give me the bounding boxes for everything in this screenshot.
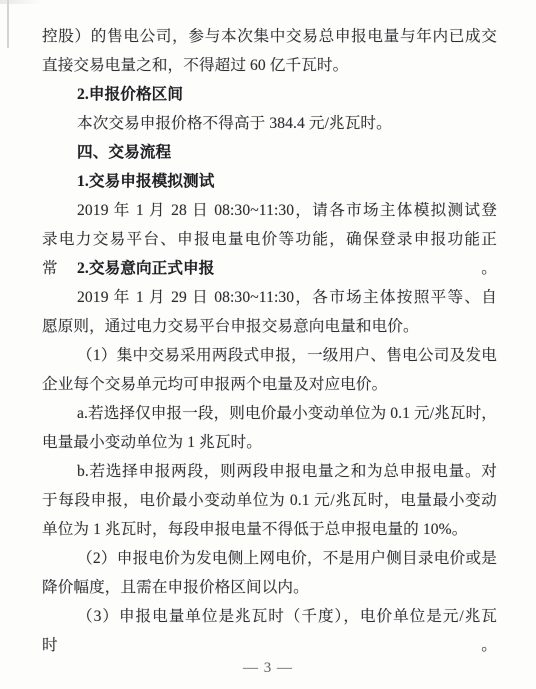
heading-price-range: 2.申报价格区间 — [42, 80, 497, 109]
paragraph-line: （1）集中交易采用两段式申报，一级用户、售电公司及发电 — [42, 341, 497, 370]
paragraph-line: 企业每个交易单元均可申报两个电量及对应电价。 — [42, 370, 497, 399]
paragraph-line: 于每段申报，电价最小变动单位为 0.1 元/兆瓦时，电量最小变动 — [42, 486, 497, 515]
document-page: 控股）的售电公司，参与本次集中交易总申报电量与年内已成交 直接交易电量之和，不得… — [0, 0, 536, 689]
paragraph-line: （3）申报电量单位是兆瓦时（千度），电价单位是元/兆瓦时。 — [42, 602, 497, 631]
paragraph-line: （2）申报电价为发电侧上网电价，不是用户侧目录电价或是 — [42, 544, 497, 573]
paragraph-line: 愿原则，通过电力交易平台申报交易意向电量和电价。 — [42, 312, 497, 341]
document-body: 控股）的售电公司，参与本次集中交易总申报电量与年内已成交 直接交易电量之和，不得… — [42, 22, 497, 631]
scan-artifact-line — [7, 0, 9, 48]
page-number: — 3 — — [0, 658, 536, 678]
paragraph-line: 电量最小变动单位为 1 兆瓦时。 — [42, 428, 497, 457]
scan-artifact-corner — [0, 0, 42, 4]
paragraph-line: 降价幅度，且需在申报价格区间以内。 — [42, 573, 497, 602]
heading-trade-process: 四、交易流程 — [42, 138, 497, 167]
paragraph-line: a.若选择仅申报一段，则电价最小变动单位为 0.1 元/兆瓦时， — [42, 399, 497, 428]
paragraph-line: 直接交易电量之和，不得超过 60 亿千瓦时。 — [42, 51, 497, 80]
paragraph-line: b.若选择申报两段，则两段申报电量之和为总申报电量。对 — [42, 457, 497, 486]
paragraph-line: 2019 年 1 月 29 日 08:30~11:30，各市场主体按照平等、自 — [42, 283, 497, 312]
paragraph-line: 控股）的售电公司，参与本次集中交易总申报电量与年内已成交 — [42, 22, 497, 51]
heading-simulation-test: 1.交易申报模拟测试 — [42, 167, 497, 196]
paragraph-line: 单位为 1 兆瓦时，每段申报电量不得低于总申报电量的 10%。 — [42, 515, 497, 544]
paragraph-line: 本次交易申报价格不得高于 384.4 元/兆瓦时。 — [42, 109, 497, 138]
paragraph-line: 录电力交易平台、申报电量电价等功能，确保登录申报功能正常。 — [42, 225, 497, 254]
paragraph-line: 2019 年 1 月 28 日 08:30~11:30，请各市场主体模拟测试登 — [42, 196, 497, 225]
